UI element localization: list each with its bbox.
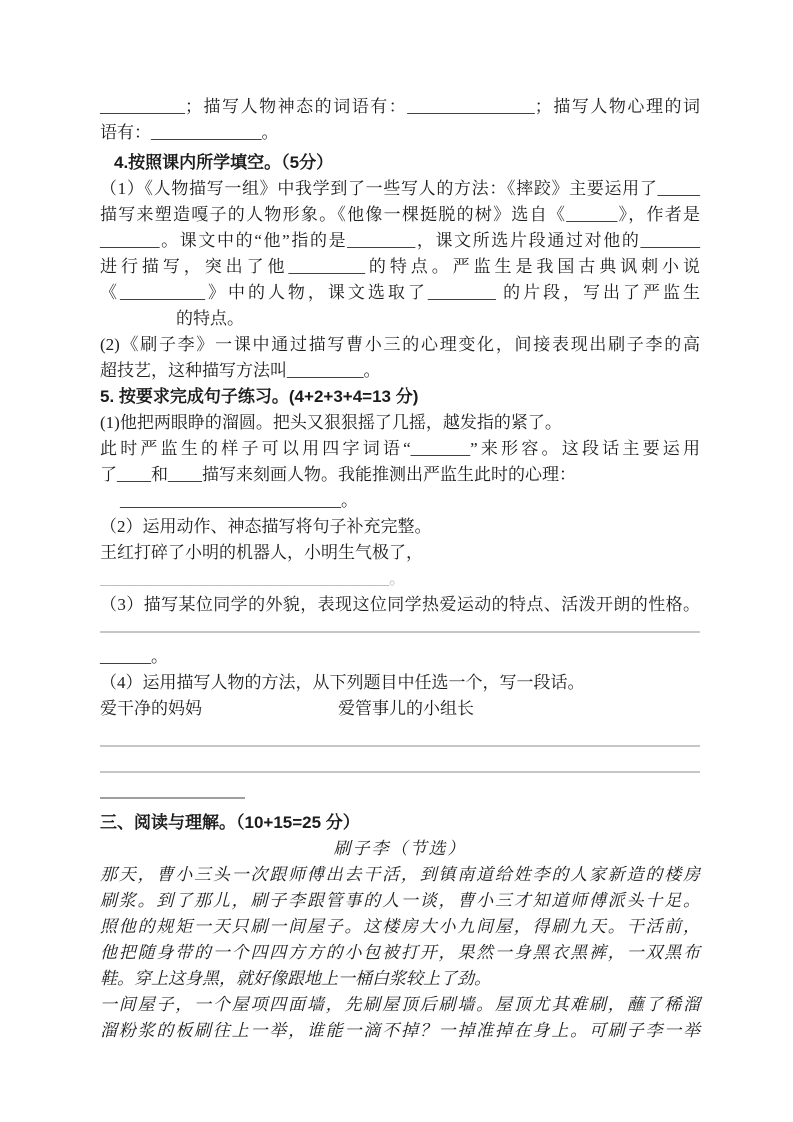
- text-line: 鞋。穿上这身黑，就好像跟地上一桶白浆较上了劲。: [100, 966, 700, 992]
- text-line: __________；描写人物神态的词语有：_______________；描写…: [100, 94, 700, 120]
- text-line: 的特点。: [100, 306, 700, 332]
- text-line: 《__________》中的人物，课文选取了________ 的片段，写出了严监…: [100, 280, 700, 306]
- text-line: 刷浆。到了那儿，刷子李跟管事的人一谈，曹小三才知道师傅派头十足。: [100, 888, 700, 914]
- text-line: 进行描写，突出了他_________的特点。严监生是我国古典讽刺小说: [100, 254, 700, 280]
- answer-rule-divider: [100, 618, 700, 644]
- answer-blank-line: __________________________________。: [100, 566, 700, 592]
- text-line: 了____和____描写来刻画人物。我能推测出严监生此时的心理：: [100, 462, 700, 488]
- text-line: 他把随身带的一个四四方方的小包被打开，果然一身黑衣黑裤，一双黑布: [100, 940, 700, 966]
- text-line: 一间屋子，一个屋项四面墙，先刷屋顶后刷墙。屋顶尤其难刷，蘸了稀溜: [100, 992, 700, 1018]
- heading-line: 5. 按要求完成句子练习。(4+2+3+4=13 分): [100, 384, 700, 410]
- text-line: 语有：_____________。: [100, 120, 700, 146]
- text-line: 爱干净的妈妈 爱管事儿的小组长: [100, 696, 700, 722]
- passage-title: 刷子李（节选）: [100, 836, 700, 862]
- answer-rule-divider: [100, 784, 700, 810]
- answer-rule-divider: [100, 732, 700, 758]
- text-line: (2)《刷子李》一课中通过描写曹小三的心理变化，间接表现出刷子李的高: [100, 332, 700, 358]
- answer-blank-line: __________________________。: [100, 488, 700, 514]
- document-page: __________；描写人物神态的词语有：_______________；描写…: [0, 0, 793, 1122]
- text-line: 王红打碎了小明的机器人，小明生气极了，: [100, 540, 700, 566]
- answer-rule-divider: [100, 758, 700, 784]
- text-line: _______。课文中的“他”指的是________，课文所选片段通过对他的__…: [100, 228, 700, 254]
- document-body: __________；描写人物神态的词语有：_______________；描写…: [0, 0, 793, 1044]
- text-line: （3）描写某位同学的外貌，表现这位同学热爱运动的特点、活泼开朗的性格。: [100, 592, 700, 618]
- text-line: （4）运用描写人物的方法，从下列题目中任选一个，写一段话。: [100, 670, 700, 696]
- text-line: (1)他把两眼睁的溜圆。把头又狠狠摇了几摇，越发指的紧了。: [100, 410, 700, 436]
- text-line: 照他的规矩一天只刷一间屋子。这楼房大小九间屋，得刷九天。干活前，: [100, 914, 700, 940]
- text-line: 描写来塑造嘎子的人物形象。《他像一棵挺脱的树》选自《______》，作者是: [100, 202, 700, 228]
- text-line: （1）《人物描写一组》中我学到了一些写人的方法：《摔跤》主要运用了_____: [100, 176, 700, 202]
- text-line: 此时严监生的样子可以用四字词语“_______”来形容。这段话主要运用: [100, 436, 700, 462]
- text-line: （2）运用动作、神态描写将句子补充完整。: [100, 514, 700, 540]
- heading-line: 4.按照课内所学填空。（5分）: [100, 150, 700, 176]
- text-line: 溜粉浆的板刷往上一举，谁能一滴不掉？一掉准掉在身上。可刷子李一举: [100, 1018, 700, 1044]
- text-line: 超技艺，这种描写方法叫_________。: [100, 358, 700, 384]
- text-line: 那天，曹小三头一次跟师傅出去干活，到镇南道给姓李的人家新造的楼房: [100, 862, 700, 888]
- answer-blank-line: ______。: [100, 644, 700, 670]
- heading-line: 三、阅读与理解。（10+15=25 分）: [100, 810, 700, 836]
